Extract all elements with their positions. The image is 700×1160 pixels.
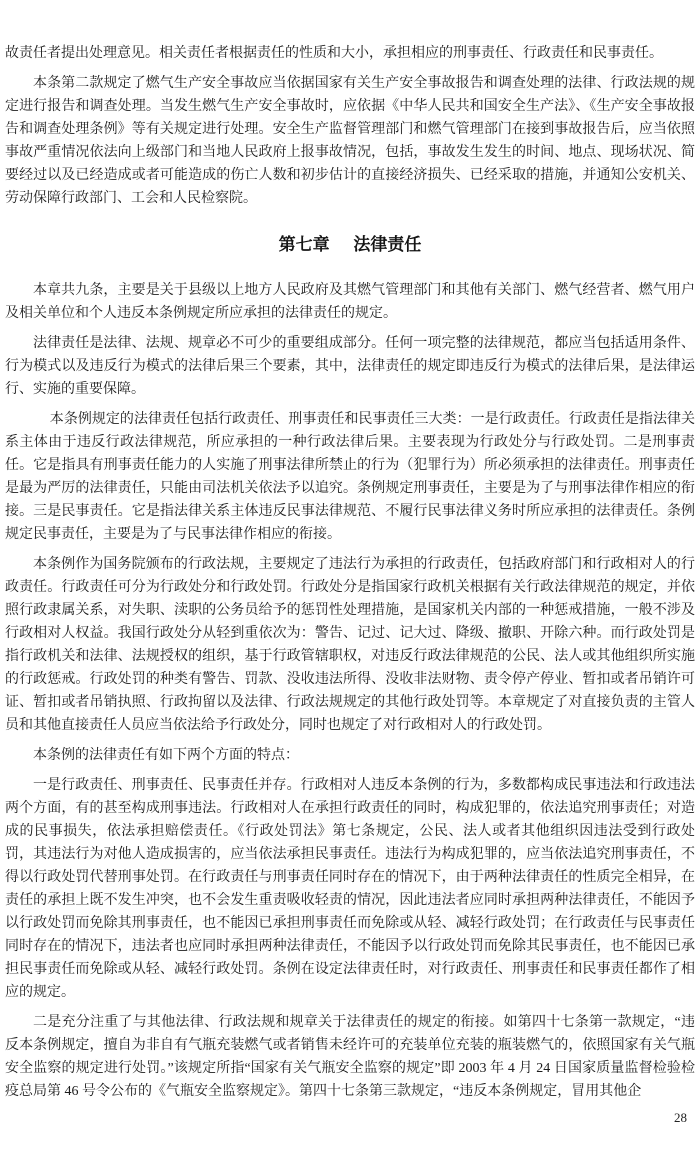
feature-one-paragraph: 一是行政责任、刑事责任、民事责任并存。行政相对人违反本条例的行为，多数都构成民事… — [5, 774, 695, 1004]
feature-two-paragraph: 二是充分注重了与其他法律、行政法规和规章关于法律责任的规定的衔接。如第四十七条第… — [5, 1011, 695, 1103]
liability-categories-paragraph: 本条例规定的法律责任包括行政责任、刑事责任和民事责任三大类：一是行政责任。行政责… — [5, 408, 695, 546]
legal-liability-definition-paragraph: 法律责任是法律、法规、规章必不可少的重要组成部分。任何一项完整的法律规范，都应当… — [5, 332, 695, 401]
chapter-title: 法律责任 — [353, 235, 421, 254]
administrative-liability-paragraph: 本条例作为国务院颁布的行政法规，主要规定了违法行为承担的行政责任，包括政府部门和… — [5, 553, 695, 737]
continued-paragraph: 故责任者提出处理意见。相关责任者根据责任的性质和大小，承担相应的刑事责任、行政责… — [5, 42, 695, 65]
chapter-number: 第七章 — [279, 235, 330, 254]
document-page: 故责任者提出处理意见。相关责任者根据责任的性质和大小，承担相应的刑事责任、行政责… — [0, 0, 700, 1160]
features-intro-paragraph: 本条例的法律责任有如下两个方面的特点： — [5, 744, 695, 767]
accident-report-paragraph: 本条第二款规定了燃气生产安全事故应当依据国家有关生产安全事故报告和调查处理的法律… — [5, 72, 695, 210]
chapter-heading: 第七章法律责任 — [5, 230, 695, 255]
page-number: 28 — [5, 1110, 695, 1126]
chapter-overview-paragraph: 本章共九条，主要是关于县级以上地方人民政府及其燃气管理部门和其他有关部门、燃气经… — [5, 279, 695, 325]
